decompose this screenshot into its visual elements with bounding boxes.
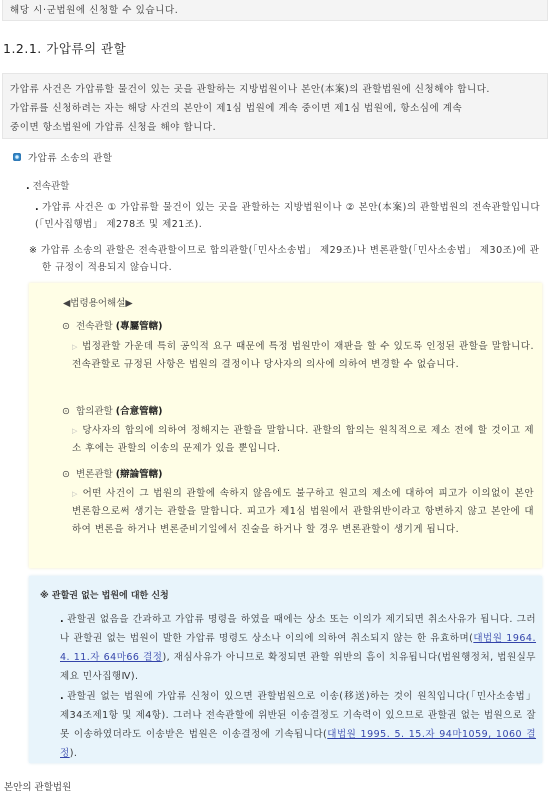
term-hanja: (專屬管轄) bbox=[116, 321, 163, 332]
definition-text: 어떤 사건이 그 법원의 관할에 속하지 않음에도 불구하고 원고의 제소에 대… bbox=[72, 488, 534, 535]
top-info-box: 해당 시·군법원에 신청할 수 있습니다. bbox=[2, 0, 548, 21]
term-hanja: (辯論管轄) bbox=[116, 469, 163, 480]
arrow-icon: ▷ bbox=[72, 490, 79, 498]
term-name: 전속관할 bbox=[76, 321, 113, 332]
subheading-label: 전속관할 bbox=[33, 181, 70, 192]
jurisdiction-note: ※ 가압류 소송의 관할은 전속관할이므로 합의관할(「민사소송법」 제29조)… bbox=[29, 242, 541, 276]
summary-line: 중이면 항소법원에 가압류 신청을 해야 합니다. bbox=[10, 118, 539, 137]
circle-dot-icon: ⊙ bbox=[62, 321, 70, 332]
no-jurisdiction-notice-box: ※ 관할권 없는 법원에 대한 신청 .관할권 없음을 간과하고 가압류 명령을… bbox=[29, 576, 542, 763]
term-name: 변론관할 bbox=[76, 469, 113, 480]
glossary-title: ◀법령용어해설▶ bbox=[63, 295, 133, 309]
definition-text: 당사자의 합의에 의하여 정해지는 관할을 말합니다. 관할의 합의는 원칙적으… bbox=[72, 425, 534, 454]
term-name: 합의관할 bbox=[76, 406, 113, 417]
term-hanja: (合意管轄) bbox=[116, 406, 163, 417]
notice-paragraph: .관할권 없음을 간과하고 가압류 명령을 하였을 때에는 상소 또는 이의가 … bbox=[60, 610, 536, 686]
section-title: 1.2.1. 가압류의 관할 bbox=[3, 39, 126, 57]
notice-paragraph: .관할권 없는 법원에 가압류 신청이 있으면 관할법원으로 이송(移送)하는 … bbox=[60, 687, 536, 763]
main-case-court-heading: 본안의 관할법원 bbox=[4, 779, 71, 793]
summary-line: 가압류 사건은 가압류할 물건이 있는 곳을 관할하는 지방법원이나 본안(本案… bbox=[10, 80, 539, 99]
glossary-term: ⊙ 전속관할 (專屬管轄) bbox=[62, 318, 162, 332]
circle-dot-icon: ⊙ bbox=[62, 406, 70, 417]
glossary-term: ⊙ 변론관할 (辯論管轄) bbox=[62, 466, 162, 480]
definition-text: 법정관할 가운데 특히 공익적 요구 때문에 특정 법원만이 재판을 할 수 있… bbox=[72, 341, 534, 370]
exclusive-jurisdiction-subheading: .전속관할 bbox=[26, 178, 69, 192]
bullet-dot-icon: . bbox=[35, 202, 39, 213]
paragraph-text: 가압류 사건은 ① 가압류할 물건이 있는 곳을 관할하는 지방법원이나 ② 본… bbox=[35, 202, 540, 230]
bullet-square-icon bbox=[13, 153, 21, 161]
summary-box: 가압류 사건은 가압류할 물건이 있는 곳을 관할하는 지방법원이나 본안(本案… bbox=[2, 73, 548, 139]
glossary-definition: ▷당사자의 합의에 의하여 정해지는 관할을 말합니다. 관할의 합의는 원칙적… bbox=[72, 422, 534, 458]
bullet-dot-icon: . bbox=[60, 614, 64, 625]
arrow-icon: ▷ bbox=[72, 427, 78, 435]
summary-line: 가압류를 신청하려는 자는 해당 사건의 본안이 제1심 법원에 계속 중이면 … bbox=[10, 99, 539, 118]
heading-label: 가압류 소송의 관할 bbox=[28, 150, 112, 164]
glossary-term: ⊙ 합의관할 (合意管轄) bbox=[62, 403, 162, 417]
glossary-box: ◀법령용어해설▶ ⊙ 전속관할 (專屬管轄) ▷법정관할 가운데 특히 공익적 … bbox=[29, 283, 542, 568]
glossary-definition: ▷법정관할 가운데 특히 공익적 요구 때문에 특정 법원만이 재판을 할 수 … bbox=[72, 338, 534, 374]
arrow-icon: ▷ bbox=[72, 343, 78, 351]
paragraph-text: 관할권 없음을 간과하고 가압류 명령을 하였을 때에는 상소 또는 이의가 제… bbox=[60, 614, 536, 644]
notice-title: ※ 관할권 없는 법원에 대한 신청 bbox=[40, 588, 169, 601]
top-info-text: 해당 시·군법원에 신청할 수 있습니다. bbox=[10, 2, 178, 16]
paragraph-text: ). bbox=[70, 748, 78, 759]
lawsuit-jurisdiction-heading: 가압류 소송의 관할 bbox=[13, 150, 112, 164]
exclusive-jurisdiction-paragraph: .가압류 사건은 ① 가압류할 물건이 있는 곳을 관할하는 지방법원이나 ② … bbox=[35, 199, 540, 233]
circle-dot-icon: ⊙ bbox=[62, 469, 70, 480]
glossary-definition: ▷어떤 사건이 그 법원의 관할에 속하지 않음에도 불구하고 원고의 제소에 … bbox=[72, 485, 534, 539]
bullet-dot-icon: . bbox=[26, 181, 30, 192]
bullet-dot-icon: . bbox=[60, 691, 64, 702]
